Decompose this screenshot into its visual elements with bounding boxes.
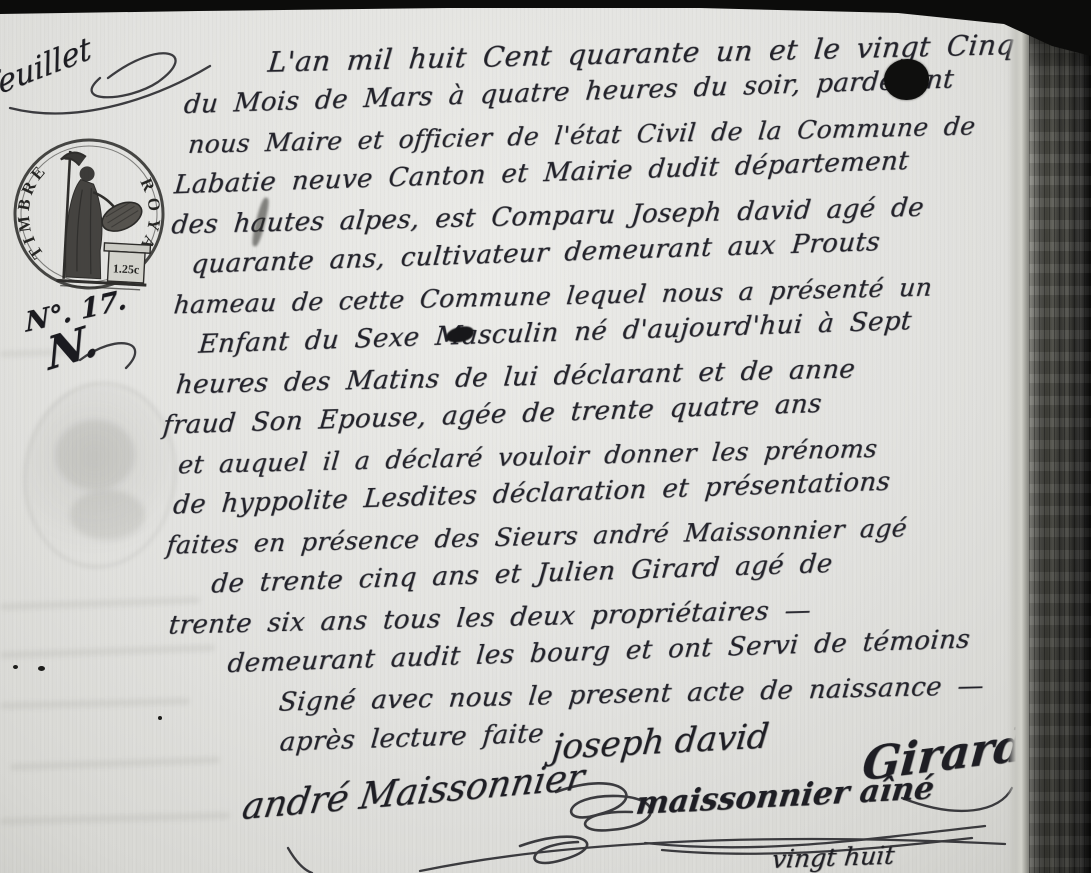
- royal-stamp: TIMBRE ROYAL 1.25c: [2, 124, 177, 304]
- book-binding: [1029, 0, 1091, 873]
- ink-dot: [884, 59, 929, 100]
- ink-speck: [158, 716, 162, 720]
- bottom-sweep: [420, 839, 1005, 871]
- embossed-ghost-stamp-detail: [70, 490, 145, 540]
- signature-maissonnier-aine: maissonnier aîné: [634, 770, 936, 822]
- top-annotation: feuillet: [0, 30, 94, 106]
- stamp-text-timbre: TIMBRE: [11, 159, 52, 264]
- bleed-through: [0, 812, 230, 825]
- ink-speck: [38, 666, 45, 671]
- stamp-figure: [54, 150, 155, 290]
- embossed-ghost-stamp-detail: [55, 420, 135, 490]
- signature-andre-maissonnier: andré Maissonnier: [239, 757, 587, 829]
- scan-page: TIMBRE ROYAL 1.25c feuillet N°. 17. N.: [0, 0, 1091, 873]
- next-entry-partial-line: vingt huit: [771, 841, 896, 873]
- ink-speck: [13, 665, 18, 669]
- bleed-through: [0, 698, 190, 710]
- stamp-denomination: 1.25c: [113, 261, 141, 276]
- bottom-loop: [520, 837, 587, 863]
- svg-text:TIMBRE: TIMBRE: [11, 159, 52, 264]
- handwriting-block: L'an mil huit Cent quarante un et le vin…: [150, 21, 1070, 766]
- bottom-left-fragment: [288, 848, 312, 873]
